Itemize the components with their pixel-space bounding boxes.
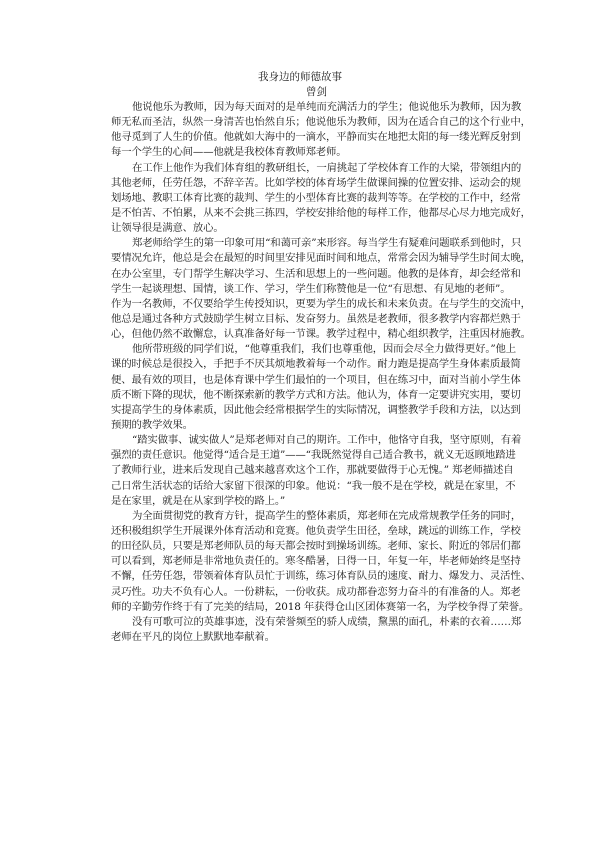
text-line: 郑老师给学生的第一印象可用“和蔼可亲”来形容。每当学生有疑难问题联系到他时，只 [90,236,510,251]
text-line: 在工作上他作为我们体育组的教研组长，一肩挑起了学校体育工作的大梁，带领组内的 [90,161,510,176]
paragraph: 郑老师给学生的第一印象可用“和蔼可亲”来形容。每当学生有疑难问题联系到他时，只要… [90,236,510,342]
text-line: 为全面贯彻党的教育方针，提高学生的整体素质，郑老师在完成常规教学任务的同时， [90,509,510,524]
paragraph: 他说他乐为教师，因为每天面对的是单纯而充满活力的学生；他说他乐为教师，因为教师无… [90,100,510,161]
text-line: 预期的教学效果。 [90,418,510,433]
document-body: 他说他乐为教师，因为每天面对的是单纯而充满活力的学生；他说他乐为教师，因为教师无… [90,100,510,645]
text-line: 是不怕苦、不怕累，从来不会挑三拣四，学校安排给他的每样工作，他都尽心尽力地完成好… [90,206,510,221]
text-line: 他所带班级的同学们说，“他尊重我们，我们也尊重他，因而会尽全力做得更好。”他上 [90,342,510,357]
text-line: 作为一名教师，不仅要给学生传授知识，更要为学生的成长和未来负责。在与学生的交流中… [90,297,510,312]
text-line: 师的辛勤劳作终于有了完美的结局，2018 年获得仓山区团体赛第一名，为学校争得了… [90,600,510,615]
text-line: 强烈的责任意识。他觉得“适合是王道”——“我既然觉得自己适合教书，就义无返顾地踏… [90,448,510,463]
paragraph: 在工作上他作为我们体育组的教研组长，一肩挑起了学校体育工作的大梁，带领组内的其他… [90,161,510,237]
text-line: 灵巧性。功夫不负有心人。一份耕耘，一份收获。成功都眷恋努力奋斗的有准备的人。郑老 [90,585,510,600]
text-line: 他说他乐为教师，因为每天面对的是单纯而充满活力的学生；他说他乐为教师，因为教 [90,100,510,115]
text-line: 其他老师，任劳任怨，不辞辛苦。比如学校的体育场学生做课间操的位置安排、运动会的规 [90,176,510,191]
text-line: 每一个学生的心间——他就是我校体育教师郑老师。 [90,145,510,160]
text-line: 了教师行业，进来后发现自己越来越喜欢这个工作，那就要做得于心无愧。” 郑老师描述… [90,463,510,478]
paragraph: “踏实做事、诚实做人”是郑老师对自己的期许。工作中，他恪守自我，坚守原则，有着强… [90,433,510,509]
text-line: 便、最有效的项目，也是体育课中学生们最怕的一个项目，但在练习中，面对当前小学生体 [90,373,510,388]
text-line: 己日常生活状态的话给大家留下很深的印象。他说：“我一般不是在学校，就是在家里，不 [90,479,510,494]
text-line: 实提高学生的身体素质，因此他会经常根据学生的实际情况，调整教学手段和方法，以达到 [90,403,510,418]
text-line: 可以看到，郑老师是非常地负责任的。寒冬酷暑，日得一日，年复一年，毕老师始终是坚持 [90,554,510,569]
text-line: 老师在平凡的岗位上默默地奉献着。 [90,630,510,645]
text-line: 的田径队员，只要是郑老师队员的每天都会按时到操场训练。老师、家长、附近的邻居们都 [90,539,510,554]
text-line: 不懈，任劳任怨，带领着体育队员忙于训练，练习体育队员的速度、耐力、爆发力、灵活性… [90,569,510,584]
text-line: 让领导很是满意、放心。 [90,221,510,236]
text-line: “踏实做事、诚实做人”是郑老师对自己的期许。工作中，他恪守自我，坚守原则，有着 [90,433,510,448]
document-page: 我身边的师德故事 曾剑 他说他乐为教师，因为每天面对的是单纯而充满活力的学生；他… [90,70,510,645]
document-title: 我身边的师德故事 [90,70,510,85]
text-line: 他寻觅到了人生的价值。他就如大海中的一滴水，平静而实在地把太阳的每一缕光辉反射到 [90,130,510,145]
text-line: 是在家里，就是在从家到学校的路上。” [90,494,510,509]
text-line: 他总是通过各种方式鼓励学生树立目标、发奋努力。虽然是老教师，很多教学内容都烂熟于 [90,312,510,327]
text-line: 心，但他仍然不敢懈怠，认真准备好每一节课。教学过程中，精心组织教学，注重因材施教… [90,327,510,342]
text-line: 在办公室里，专门帮学生解决学习、生活和思想上的一些问题。他教的是体育，却会经常和 [90,267,510,282]
text-line: 没有可歌可泣的英雄事迹，没有荣誉频至的骄人成绩，黧黑的面孔，朴素的衣着……郑 [90,615,510,630]
text-line: 要情况允许，他总是会在最短的时间里安排见面时间和地点，常常会因为辅导学生时间太晚… [90,251,510,266]
text-line: 划场地、教职工体育比赛的裁判、学生的小型体育比赛的裁判等等。在学校的工作中，经常 [90,191,510,206]
text-line: 学生一起谈理想、国情，谈工作、学习，学生们称赞他是一位“有思想、有见地的老师”。 [90,282,510,297]
text-line: 还积极组织学生开展课外体育活动和竞赛。他负责学生田径，垒球，跳远的训练工作，学校 [90,524,510,539]
document-author: 曾剑 [90,85,510,100]
text-line: 质不断下降的现状，他不断探索新的教学方式和方法。他认为，体育一定要讲究实用，要切 [90,388,510,403]
text-line: 课的时候总是很投入，手把手不厌其烦地教着每一个动作。耐力跑是提高学生身体素质最简 [90,357,510,372]
paragraph: 为全面贯彻党的教育方针，提高学生的整体素质，郑老师在完成常规教学任务的同时，还积… [90,509,510,615]
paragraph: 没有可歌可泣的英雄事迹，没有荣誉频至的骄人成绩，黧黑的面孔，朴素的衣着……郑老师… [90,615,510,645]
text-line: 师无私而圣洁，纵然一身清苦也怡然自乐；他说他乐为教师，因为在适合自己的这个行业中… [90,115,510,130]
paragraph: 他所带班级的同学们说，“他尊重我们，我们也尊重他，因而会尽全力做得更好。”他上课… [90,342,510,433]
